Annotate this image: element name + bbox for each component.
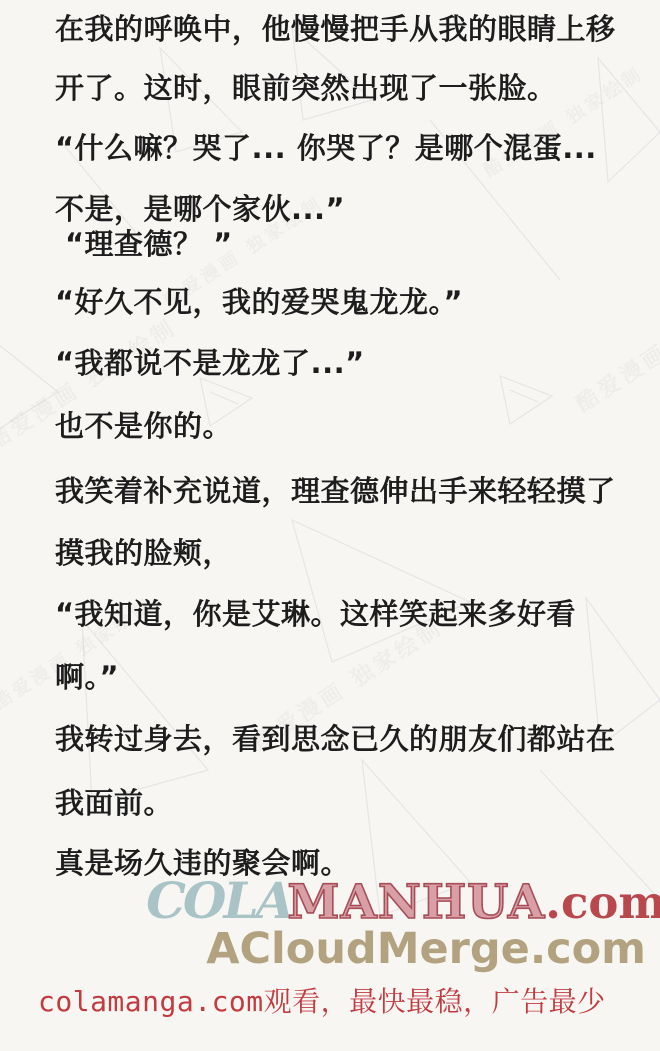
manga-text-page: 酷爱漫画 独家绘制 酷爱漫画 独家绘制 酷爱漫画 独家绘制 酷爱漫画 独家绘制 … — [0, 0, 660, 1051]
story-line: 啊。” — [55, 662, 119, 693]
story-line: “理查德？ ” — [65, 229, 233, 260]
footer-ad-text: colamanga.com观看，最快最稳，广告最少 — [38, 980, 606, 1020]
watermark-manhua-text: MANHUA — [287, 875, 545, 930]
story-line: 我笑着补充说道，理查德伸出手来轻轻摸了 — [55, 476, 616, 507]
story-line: 也不是你的。 — [55, 411, 232, 442]
story-line: 真是场久违的聚会啊。 — [55, 848, 350, 879]
story-line: 摸我的脸颊， — [55, 538, 232, 569]
story-line: “我知道，你是艾琳。这样笑起来多好看 — [55, 599, 576, 630]
story-line: 我面前。 — [55, 788, 173, 819]
story-line: 开了。这时，眼前突然出现了一张脸。 — [55, 73, 557, 104]
story-line: “什么嘛？哭了... 你哭了？是哪个混蛋... — [55, 133, 597, 164]
story-line: 我转过身去，看到思念已久的朋友们都站在 — [55, 724, 616, 755]
studio-watermark-text: 酷爱漫画 独家绘制 — [569, 273, 660, 419]
colamanhua-watermark: COLAMANHUA.com — [146, 876, 660, 926]
story-line: 不是，是哪个家伙...” — [55, 194, 345, 225]
story-line: “好久不见，我的爱哭鬼龙龙。” — [55, 287, 463, 318]
story-line: 在我的呼唤中，他慢慢把手从我的眼睛上移 — [55, 14, 616, 45]
story-line: “我都说不是龙龙了...” — [55, 348, 365, 379]
watermark-com-suffix: .com — [545, 876, 660, 929]
acloudmerge-watermark: ACloudMerge.com — [206, 928, 646, 971]
